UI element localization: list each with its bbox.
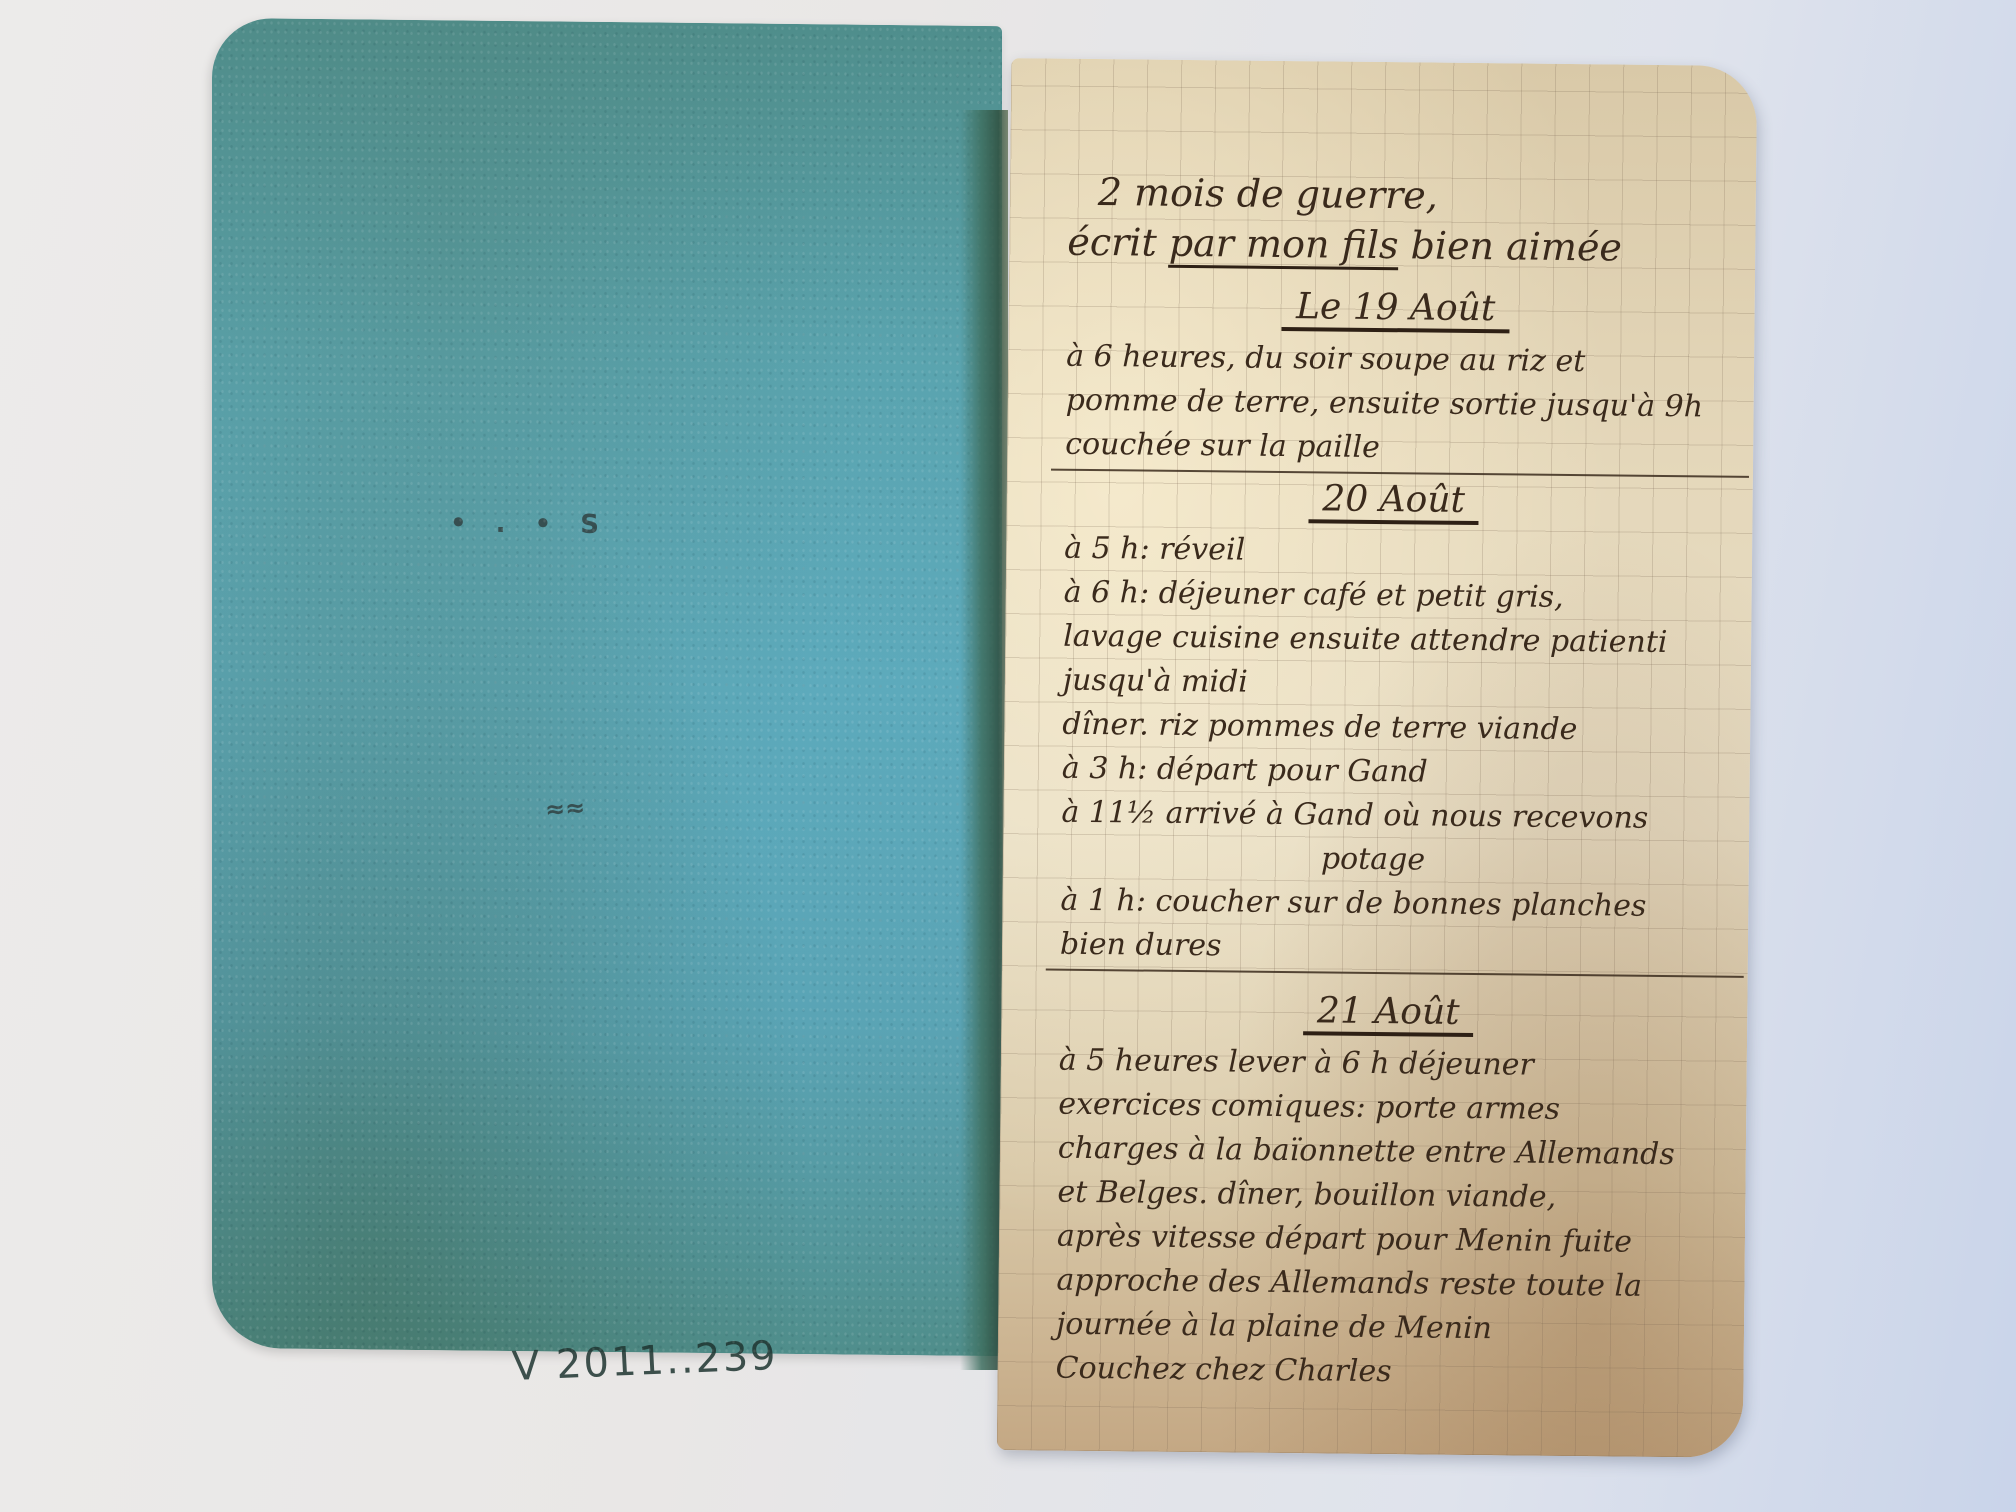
- entry-line: couchée sur la paille: [1065, 423, 1723, 474]
- title-suffix: bien aimée: [1398, 223, 1622, 269]
- accession-number: V 2011..239: [511, 1333, 779, 1390]
- entry-line: et Belges. dîner, bouillon viande,: [1057, 1171, 1715, 1222]
- notebook-cover-page: • . • S ≈≈ V 2011..239: [212, 18, 1002, 1356]
- entry-line: à 5 h: réveil: [1064, 527, 1722, 578]
- entry-line: à 1 h: coucher sur de bonnes planches: [1060, 879, 1718, 930]
- page-title-line-2: écrit par mon fils bien aimée: [1067, 217, 1725, 274]
- entry-date-heading: Le 19 Août: [1066, 281, 1724, 336]
- entry-line: charges à la baïonnette entre Allemands: [1058, 1127, 1716, 1178]
- cover-ink-mark: ≈≈: [544, 793, 586, 823]
- entry-line: à 6 heures, du soir soupe au riz et: [1066, 335, 1724, 386]
- entry-line: bien dures: [1060, 923, 1718, 974]
- entry-line: à 5 heures lever à 6 h déjeuner: [1059, 1039, 1717, 1090]
- entry-line: lavage cuisine ensuite attendre patienti: [1063, 615, 1721, 666]
- diary-entry-19-aout: Le 19 Août à 6 heures, du soir soupe au …: [1065, 281, 1725, 478]
- page-title-line-1: 2 mois de guerre,: [1068, 167, 1726, 224]
- title-underlined: par mon fils: [1169, 221, 1399, 270]
- title-prefix: écrit: [1067, 220, 1169, 265]
- entry-date-heading: 21 Août: [1059, 985, 1717, 1040]
- entry-line: dîner. riz pommes de terre viande: [1062, 703, 1720, 754]
- entry-line: à 6 h: déjeuner café et petit gris,: [1063, 571, 1721, 622]
- handwritten-diary-page: 2 mois de guerre, écrit par mon fils bie…: [997, 58, 1758, 1458]
- entry-line: après vitesse départ pour Menin fuite: [1057, 1215, 1715, 1266]
- entry-date-heading: 20 Août: [1064, 473, 1722, 528]
- entry-line: approche des Allemands reste toute la: [1056, 1259, 1714, 1310]
- cover-ink-mark: • . • S: [450, 508, 609, 540]
- entry-line: à 3 h: départ pour Gand: [1062, 747, 1720, 798]
- entry-line: jusqu'à midi: [1063, 659, 1721, 710]
- entry-line: pomme de terre, ensuite sortie jusqu'à 9…: [1065, 379, 1723, 430]
- page-content: 2 mois de guerre, écrit par mon fils bie…: [1055, 167, 1726, 1398]
- entry-line: potage: [1061, 835, 1719, 886]
- notebook-photo: • . • S ≈≈ V 2011..239 2 mois de guerre,…: [0, 0, 2016, 1512]
- entry-line: à 11½ arrivé à Gand où nous recevons: [1061, 791, 1719, 842]
- diary-entry-20-aout: 20 Août à 5 h: réveil à 6 h: déjeuner ca…: [1060, 473, 1723, 978]
- entry-line: Couchez chez Charles: [1055, 1347, 1713, 1398]
- entry-line: journée à la plaine de Menin: [1056, 1303, 1714, 1354]
- diary-entry-21-aout: 21 Août à 5 heures lever à 6 h déjeuner …: [1055, 985, 1717, 1398]
- entry-line: exercices comiques: porte armes: [1058, 1083, 1716, 1134]
